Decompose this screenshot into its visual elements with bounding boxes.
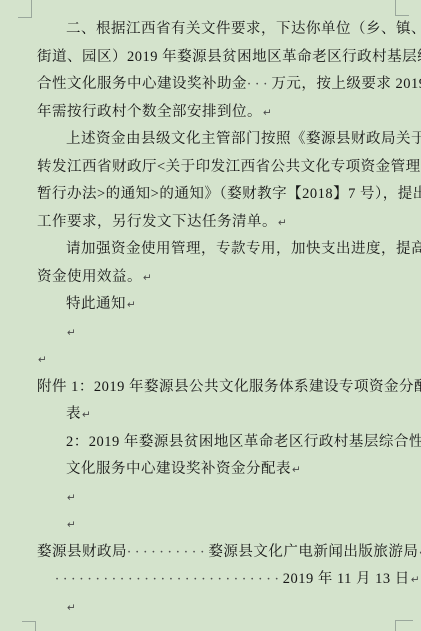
doc-line: 街道、园区）2019 年婺源县贫困地区革命老区行政村基层综 [37, 44, 395, 72]
line-text: 文化服务中心建设奖补资金分配表 [66, 461, 291, 477]
doc-line: 表↵ [37, 401, 395, 429]
paragraph-mark-icon: ↵ [278, 217, 287, 229]
doc-line: ↵ [37, 319, 395, 347]
doc-line: ↵ [37, 484, 395, 512]
line-text: 工作要求，另行发文下达任务清单。 [37, 214, 277, 230]
paragraph-mark-icon: ↵ [38, 354, 47, 366]
doc-line: 合性文化服务中心建设奖补助金···万元，按上级要求 2019 [37, 71, 395, 99]
doc-line: ↵ [37, 346, 395, 374]
doc-line: 特此通知↵ [37, 291, 395, 319]
paragraph-mark-icon: ↵ [67, 327, 76, 339]
doc-line: 暂行办法>的通知>的通知》（婺财教字【2018】7 号），提出 [37, 181, 395, 209]
paragraph-mark-icon: ↵ [411, 574, 420, 586]
paragraph-mark-icon: ↵ [67, 519, 76, 531]
doc-line: ↵ [37, 511, 395, 539]
line-text: 婺源县财政局 [37, 544, 127, 560]
line-text: 表 [66, 406, 81, 422]
doc-line: 2：2019 年婺源县贫困地区革命老区行政村基层综合性 [37, 429, 395, 457]
document-page: 二、根据江西省有关文件要求，下达你单位（乡、镇、街道、园区）2019 年婺源县贫… [0, 0, 421, 631]
paragraph-mark-icon: ↵ [67, 602, 76, 614]
doc-line: ····························2019 年 11 月 … [37, 566, 395, 594]
doc-line: 婺源县财政局··········婺源县文化广电新闻出版旅游局↵ [37, 539, 395, 567]
line-text: 二、根据江西省有关文件要求，下达你单位（乡、镇、 [66, 21, 421, 37]
text-boundary-corner-topright-icon [395, 0, 409, 16]
space-marks: ··· [247, 77, 271, 92]
document-text-area[interactable]: 二、根据江西省有关文件要求，下达你单位（乡、镇、街道、园区）2019 年婺源县贫… [37, 16, 395, 621]
doc-line: 文化服务中心建设奖补资金分配表↵ [37, 456, 395, 484]
line-text: 附件 1：2019 年婺源县公共文化服务体系建设专项资金分配 [37, 379, 421, 395]
line-text: 资金使用效益。 [37, 269, 142, 285]
space-marks: ···························· [55, 572, 283, 587]
line-text: 2019 年 11 月 13 日 [283, 571, 410, 587]
line-text: 万元，按上级要求 2019 [271, 76, 421, 92]
text-boundary-corner-bottomright-icon [395, 620, 413, 631]
text-boundary-corner-topleft-icon [18, 0, 32, 18]
line-text: 请加强资金使用管理，专款专用，加快支出进度，提高 [66, 241, 421, 257]
line-text: 年需按行政村个数全部安排到位。 [37, 104, 262, 120]
doc-line: ↵ [37, 594, 395, 622]
doc-line: 附件 1：2019 年婺源县公共文化服务体系建设专项资金分配 [37, 374, 395, 402]
paragraph-mark-icon: ↵ [127, 299, 136, 311]
doc-line: 年需按行政村个数全部安排到位。↵ [37, 99, 395, 127]
line-text: 特此通知 [66, 296, 126, 312]
paragraph-mark-icon: ↵ [143, 272, 152, 284]
line-text: 2：2019 年婺源县贫困地区革命老区行政村基层综合性 [66, 434, 421, 450]
paragraph-mark-icon: ↵ [263, 107, 272, 119]
paragraph-mark-icon: ↵ [67, 492, 76, 504]
line-text: 暂行办法>的通知>的通知》（婺财教字【2018】7 号），提出 [37, 186, 421, 202]
line-text: 转发江西省财政厅<关于印发江西省公共文化专项资金管理 [37, 159, 421, 175]
text-boundary-corner-bottomleft-icon [22, 621, 36, 631]
doc-line: 二、根据江西省有关文件要求，下达你单位（乡、镇、 [37, 16, 395, 44]
doc-line: 资金使用效益。↵ [37, 264, 395, 292]
line-text: 婺源县文化广电新闻出版旅游局 [208, 544, 418, 560]
doc-line: 上述资金由县级文化主管部门按照《婺源县财政局关于 [37, 126, 395, 154]
paragraph-mark-icon: ↵ [292, 464, 301, 476]
space-marks: ·········· [127, 545, 208, 560]
doc-line: 转发江西省财政厅<关于印发江西省公共文化专项资金管理 [37, 154, 395, 182]
line-text: 合性文化服务中心建设奖补助金 [37, 76, 247, 92]
doc-line: 工作要求，另行发文下达任务清单。↵ [37, 209, 395, 237]
line-text: 街道、园区）2019 年婺源县贫困地区革命老区行政村基层综 [37, 49, 421, 65]
paragraph-mark-icon: ↵ [82, 409, 91, 421]
doc-line: 请加强资金使用管理，专款专用，加快支出进度，提高 [37, 236, 395, 264]
line-text: 上述资金由县级文化主管部门按照《婺源县财政局关于 [66, 131, 421, 147]
